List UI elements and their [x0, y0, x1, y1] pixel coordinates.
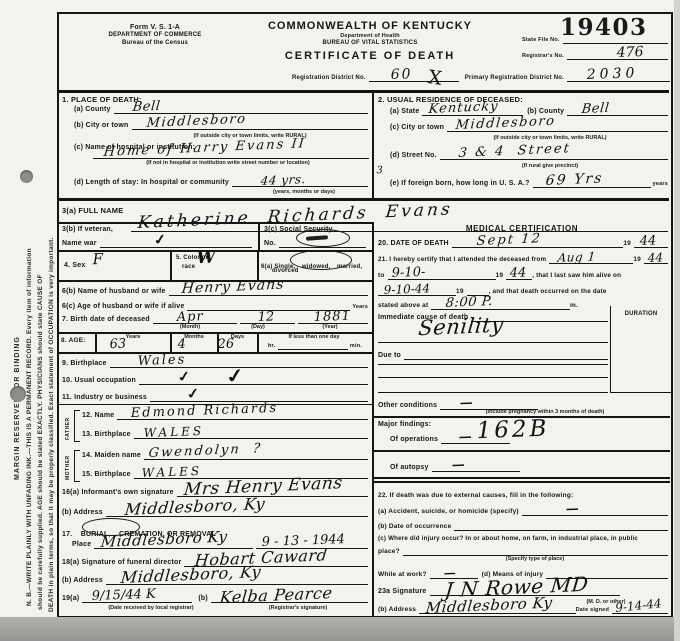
margin-note-2: should be carefully supplied. AGE should…	[38, 274, 45, 610]
blank-line	[378, 364, 608, 365]
foreign-born-unit: years	[653, 181, 668, 188]
entry-line: 9/15/44 K	[82, 593, 192, 603]
death-certificate-scan: MARGIN RESERVED FOR BINDING N. B.—WRITE …	[0, 0, 680, 641]
certify-text-3: , and that death occurred on the date	[489, 288, 607, 296]
burial-place-value: Middlesboro Ky	[100, 530, 228, 550]
residence-city-value: Middlesboro	[455, 115, 556, 132]
veteran-label: 3(b) If veteran,	[62, 226, 113, 234]
margin-note-3: DEATH in plain terms, so that it may be …	[49, 237, 56, 612]
registrar-number: 19(a)	[62, 595, 79, 603]
attended-to-value: 9-10-	[391, 266, 425, 280]
birthplace-value: Wales	[137, 353, 186, 368]
father-birthplace-row: 13. Birthplace WALES	[82, 429, 368, 439]
state-value: Kentucky	[428, 100, 499, 116]
entry-line	[563, 34, 668, 44]
age-min-label: min.	[350, 343, 362, 350]
age-hr-row: hr. min.	[268, 343, 362, 350]
county-label: (a) County	[74, 106, 111, 114]
last-alive-value: 9-10-44	[384, 282, 431, 296]
entry-line: Kelba Pearce	[211, 593, 368, 603]
entry-line: —	[522, 506, 668, 516]
district-x-mark: X	[427, 68, 443, 89]
spouse-age-label: 6(c) Age of husband or wife if alive	[62, 303, 184, 311]
entry-line	[404, 350, 608, 360]
entry-line: 3 & 4 Street	[440, 150, 668, 160]
entry-line: —	[432, 462, 520, 472]
entry-line: Gwendolyn ?	[144, 450, 368, 460]
duration-label: DURATION	[611, 311, 671, 318]
date-received-hint: (Date received by local registrar)	[86, 606, 216, 612]
primary-district-value: 2030	[586, 66, 638, 82]
entry-line: Middlesboro	[447, 122, 668, 132]
registration-district-value: 60	[390, 67, 412, 82]
day-hint: (Day)	[238, 325, 278, 331]
spouse-label: 6(b) Name of husband or wife	[62, 288, 166, 296]
issuer-block: Form V. S. 1-A DEPARTMENT OF COMMERCE Bu…	[70, 24, 240, 47]
spouse-row: 6(b) Name of husband or wife Henry Evans	[62, 286, 368, 296]
entry-line: Middlesboro Ky	[94, 539, 253, 549]
funeral-address-value: Middlesboro, Ky	[120, 564, 262, 586]
registrar-no-value: 476	[616, 45, 643, 60]
mother-name-row: 14. Maiden name Gwendolyn ?	[82, 450, 368, 460]
city-row: (b) City or town Middlesboro	[74, 120, 368, 130]
marital-line2: divorced	[272, 268, 299, 275]
mother-name-value: Gwendolyn ?	[148, 442, 263, 460]
entry-line: ✓	[100, 238, 252, 248]
foreign-born-row: (e) If foreign born, how long in U. S. A…	[390, 178, 668, 188]
scan-bottom-edge	[0, 617, 680, 641]
year-prefix: 19	[496, 272, 504, 280]
scan-right-edge	[674, 0, 680, 641]
entry-line: Middlesboro	[132, 120, 368, 130]
street-label: (d) Street No.	[390, 152, 437, 160]
other-conditions-mark: —	[460, 397, 473, 410]
accident-row: (a) Accident, suicide, or homicide (spec…	[378, 506, 668, 516]
to-label: to	[378, 272, 385, 280]
funeral-address-label: (b) Address	[62, 577, 103, 585]
commonwealth-title: COMMONWEALTH OF KENTUCKY	[250, 20, 490, 33]
while-at-work-label: While at work?	[378, 571, 427, 579]
registrar-row: 19(a) 9/15/44 K (b) Kelba Pearce	[62, 593, 368, 603]
informant-signature-label: 16(a) Informant's own signature	[62, 489, 174, 497]
veteran-check-mark: ✓	[152, 232, 168, 248]
blank-line	[378, 377, 608, 378]
certify-text-2: , that I last saw him alive on	[532, 272, 621, 280]
informant-address-label: (b) Address	[62, 509, 103, 517]
residence-county-value: Bell	[581, 102, 610, 116]
father-name-value: Edmond Richards	[131, 402, 279, 420]
industry-check-mark: ✓	[185, 386, 201, 402]
entry-line: Home of Harry Evans II	[93, 146, 369, 159]
physician-address-row: (b) Address Middlesboro Ky Date signed 9…	[378, 604, 668, 614]
age-box-bottom	[57, 352, 372, 354]
registrar-signature-hint: (Registrar's signature)	[238, 606, 358, 612]
entry-line: Sept 12	[452, 238, 624, 248]
entry-line: 476	[567, 50, 668, 60]
birth-month-value: Apr	[176, 310, 203, 324]
sex-label: 4. Sex	[64, 262, 85, 270]
entry-line: 9-10-44	[378, 286, 456, 296]
date-of-death-year: 44	[640, 234, 657, 248]
residence-city-hint: (If outside city or town limits, write R…	[440, 136, 660, 142]
street-hint: (If rural give precinct)	[440, 164, 660, 170]
year-prefix: 19	[623, 240, 631, 248]
mother-birthplace-label: 15. Birthplace	[82, 471, 131, 479]
bureau-vital-statistics: BUREAU OF VITAL STATISTICS	[250, 40, 490, 47]
entry-line: Bell	[567, 106, 668, 116]
certify-line-3: 9-10-44 19 , and that death occurred on …	[378, 286, 668, 296]
attended-to-year: 44	[510, 266, 527, 280]
place-of-death-title: 1. PLACE OF DEATH:	[62, 95, 142, 104]
entry-line: 44	[506, 270, 532, 280]
age-years-label: Years	[97, 335, 169, 341]
race-label-2: race	[182, 264, 195, 271]
year-prefix: 19	[633, 256, 641, 264]
punch-hole	[20, 170, 33, 183]
margin-note-1: N. B.—WRITE PLAINLY WITH UNFADING INK.—T…	[27, 248, 34, 606]
blank-line	[378, 342, 608, 343]
entry-line: 2030	[567, 72, 670, 82]
certify-text-4: stated above at	[378, 302, 428, 310]
registrar-no-row: Registrar's No. 476	[522, 50, 668, 60]
certify-line-4: stated above at 8:00 P. m.	[378, 300, 578, 310]
external-causes-label: 22. If death was due to external causes,…	[378, 492, 573, 500]
date-of-death-label: 20. DATE OF DEATH	[378, 240, 449, 248]
mother-name-label: 14. Maiden name	[82, 452, 141, 460]
occurrence-label: (b) Date of occurrence	[378, 523, 451, 531]
operations-mark: —	[459, 431, 472, 444]
street-row: (d) Street No. 3 & 4 Street	[390, 150, 668, 160]
row-rule	[57, 222, 372, 224]
ssn-no-label: No.	[264, 240, 276, 248]
department-of-commerce: DEPARTMENT OF COMMERCE	[70, 32, 240, 39]
accident-label: (a) Accident, suicide, or homicide (spec…	[378, 508, 519, 516]
occupation-label: 10. Usual occupation	[62, 377, 136, 385]
double-rule	[374, 481, 670, 483]
county-value: Bell	[132, 100, 161, 114]
autopsy-label: Of autopsy	[390, 464, 429, 472]
father-birthplace-value: WALES	[143, 425, 204, 439]
certify-line-2: to 9-10- 19 44 , that I last saw him ali…	[378, 270, 668, 280]
column-divider	[372, 222, 374, 616]
entry-line	[403, 546, 668, 556]
physician-address-value: Middlesboro Ky	[425, 596, 553, 616]
entry-line: 60 X	[369, 72, 459, 82]
physician-signature-label: 23a Signature	[378, 588, 427, 596]
major-findings-label: Major findings:	[378, 421, 431, 429]
industry-label: 11. Industry or business	[62, 394, 147, 402]
punch-hole	[10, 386, 26, 402]
birthplace-label: 9. Birthplace	[62, 360, 107, 368]
entry-line: 44 yrs.	[232, 177, 368, 187]
city-value: Middlesboro	[146, 113, 247, 130]
registrar-no-label: Registrar's No.	[522, 53, 564, 60]
age-less-label: If less than one day	[260, 335, 368, 341]
duration-box: DURATION	[610, 306, 671, 393]
registrar-signature-value: Kelba Pearce	[219, 585, 333, 606]
entry-line: Kentucky	[422, 106, 523, 116]
entry-line: 69 Yrs	[533, 178, 651, 188]
state-file-label: State File No.	[522, 37, 560, 44]
burial-number: 17.	[62, 531, 72, 538]
time-unit-label: m.	[570, 302, 578, 310]
foreign-born-label: (e) If foreign born, how long in U. S. A…	[390, 180, 530, 188]
physician-address-label: (b) Address	[378, 606, 416, 614]
certify-text-1: 21. I hereby certify that I attended the…	[378, 256, 546, 264]
occupation-row: 10. Usual occupation ✓	[62, 375, 368, 385]
entry-line: Edmond Richards	[117, 410, 368, 420]
length-of-stay-label: (d) Length of stay: In hospital or commu…	[74, 179, 229, 187]
entry-line: Apr	[153, 314, 237, 324]
accident-mark: —	[565, 503, 578, 516]
residence-city-label: (c) City or town	[390, 124, 444, 132]
department-of-health: Department of Health	[250, 33, 490, 40]
injury-where-label: (c) Where did injury occur? In or about …	[378, 535, 638, 542]
primary-district-label: Primary Registration District No.	[465, 75, 564, 82]
date-received-value: 9/15/44 K	[92, 588, 156, 603]
informant-address-row: (b) Address Middlesboro, Ky	[62, 507, 368, 517]
occurrence-row: (b) Date of occurrence	[378, 521, 668, 531]
burial-place-label: Place	[72, 541, 91, 549]
due-to-row: Due to	[378, 350, 608, 360]
section-rule	[57, 90, 669, 93]
cell-divider	[170, 250, 172, 280]
title-block: COMMONWEALTH OF KENTUCKY Department of H…	[250, 20, 490, 63]
entry-line: WALES	[134, 429, 368, 439]
entry-line: Middlesboro, Ky	[106, 507, 368, 517]
father-birthplace-label: 13. Birthplace	[82, 431, 131, 439]
birth-year-value: 1881	[314, 310, 352, 324]
entry-line: ✓	[139, 375, 368, 385]
length-of-stay-hint: (years, months or days)	[248, 190, 360, 196]
city-label: (b) City or town	[74, 122, 129, 130]
entry-line: 44	[644, 254, 668, 264]
entry-line	[278, 343, 348, 350]
state-file-row: State File No.	[522, 34, 668, 44]
section-rule	[57, 198, 669, 201]
thick-rule	[374, 450, 670, 452]
length-of-stay-value: 44 yrs.	[260, 173, 306, 187]
entry-line	[454, 521, 668, 531]
spouse-value: Henry Evans	[181, 278, 285, 296]
entry-line: 9-10-	[388, 270, 496, 280]
occupation-check-mark: ✓	[176, 369, 192, 385]
age-hr-label: hr.	[268, 343, 275, 350]
mother-group-label: MOTHER	[66, 455, 71, 480]
entry-line: Middlesboro Ky	[419, 604, 576, 614]
date-of-death-value: Sept 12	[476, 232, 542, 248]
birthplace-row: 9. Birthplace Wales	[62, 358, 368, 368]
injury-place-row: place?	[378, 546, 668, 556]
registration-district-row: Registration District No. 60 X Primary R…	[292, 72, 670, 82]
autopsy-row: Of autopsy —	[390, 462, 520, 472]
registrar-b-label: (b)	[198, 595, 208, 603]
entry-line: 1881	[298, 314, 368, 324]
widowed-circle	[290, 250, 352, 270]
father-group-label: FATHER	[66, 417, 71, 440]
industry-row: 11. Industry or business ✓	[62, 392, 368, 402]
form-number: Form V. S. 1-A	[70, 24, 240, 32]
blank-line	[378, 392, 608, 393]
birth-day-value: 12	[258, 310, 275, 324]
spouse-age-unit: Years	[352, 304, 368, 311]
foreign-born-value: 69 Yrs	[545, 172, 604, 188]
residence-city-row: (c) City or town Middlesboro	[390, 122, 668, 132]
injury-place-hint: (Specify type of place)	[460, 557, 610, 563]
injury-place-label: place?	[378, 548, 400, 556]
veteran-war-row: Name war ✓	[62, 238, 252, 248]
hospital-hint: (If not in hospital or institution write…	[96, 161, 360, 167]
father-name-row: 12. Name Edmond Richards	[82, 410, 368, 420]
month-hint: (Month)	[160, 325, 220, 331]
veteran-war-label: Name war	[62, 240, 97, 248]
ssn-scribble-oval	[296, 229, 350, 247]
entry-line: 12	[240, 314, 295, 324]
entry-line: 8:00 P.	[431, 300, 570, 310]
date-signed-value: 9-14-44	[615, 597, 662, 614]
certificate-title: CERTIFICATE OF DEATH	[250, 50, 490, 63]
year-hint: (Year)	[300, 325, 360, 331]
father-name-label: 12. Name	[82, 412, 114, 420]
other-conditions-label: Other conditions	[378, 402, 437, 410]
cell-divider	[257, 250, 259, 280]
date-signed-label: Date signed	[576, 607, 609, 614]
birth-date-label: 7. Birth date of deceased	[62, 316, 150, 324]
age-cell-divider	[257, 332, 259, 352]
attended-from-year: 44	[648, 251, 664, 264]
attended-from-value: Aug 1	[557, 250, 596, 264]
certify-line-1: 21. I hereby certify that I attended the…	[378, 254, 668, 264]
due-to-label: Due to	[378, 352, 401, 360]
mother-brace	[74, 450, 80, 482]
state-label: (a) State	[390, 108, 419, 116]
bureau-of-census: Bureau of the Census	[70, 40, 240, 47]
father-brace	[74, 410, 80, 442]
date-of-death-row: 20. DATE OF DEATH Sept 12 19 44	[378, 238, 668, 248]
entry-line: Henry Evans	[169, 286, 368, 296]
age-label: 8. AGE:	[61, 337, 86, 345]
double-rule	[374, 477, 670, 479]
full-name-label: 3(a) FULL NAME	[62, 206, 123, 215]
margin-binding-note: MARGIN RESERVED FOR BINDING	[14, 336, 21, 480]
birth-date-row: 7. Birth date of deceased Apr 12 1881	[62, 314, 368, 324]
informant-address-value: Middlesboro, Ky	[124, 496, 266, 518]
column-divider	[372, 90, 374, 200]
autopsy-mark: —	[451, 459, 464, 472]
registration-district-label: Registration District No.	[292, 75, 366, 82]
mother-birthplace-value: WALES	[141, 465, 202, 479]
cell-divider	[258, 222, 260, 250]
entry-line: 9-14-44	[612, 604, 668, 614]
entry-line: 44	[634, 238, 668, 248]
street-value: 3 & 4 Street	[458, 142, 571, 160]
length-of-stay-row: (d) Length of stay: In hospital or commu…	[74, 177, 368, 187]
time-of-death-value: 8:00 P.	[445, 295, 494, 310]
physician-signature-row: 23a Signature J N Rowe MD	[378, 586, 620, 596]
entry-line: Mrs Henry Evans	[177, 487, 368, 497]
entry-line: Aug 1	[549, 254, 633, 264]
pregnancy-hint: (Include pregnancy within 3 months of de…	[430, 410, 660, 416]
operations-label: Of operations	[390, 436, 438, 444]
